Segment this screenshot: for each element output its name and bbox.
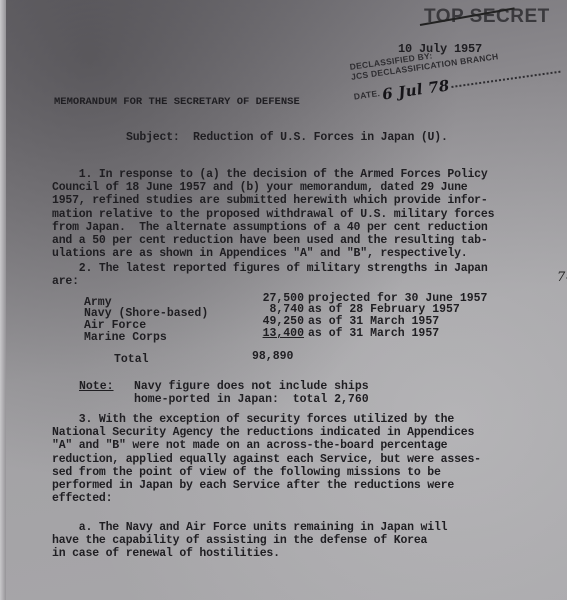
paragraph-line: are: <box>52 275 488 288</box>
paragraph-line: from Japan. The alternate assumptions of… <box>52 221 494 234</box>
paragraph-line: a. The Navy and Air Force units remainin… <box>52 521 447 534</box>
paragraph-line: National Security Agency the reductions … <box>52 426 481 439</box>
paragraph-2: 2. The latest reported figures of milita… <box>52 262 488 288</box>
subject-line: Subject: Reduction of U.S. Forces in Jap… <box>126 131 448 144</box>
paragraph-line: performed in Japan by each Service after… <box>52 479 481 492</box>
handwritten-margin-mark: 7# <box>557 270 567 285</box>
paragraph-1: 1. In response to (a) the decision of th… <box>52 168 494 260</box>
paragraph-line: 2. The latest reported figures of milita… <box>52 262 488 275</box>
classification-marking: TOP SECRET <box>424 6 550 28</box>
paragraph-line: effected: <box>52 492 481 505</box>
paragraph-line: 1957, refined studies are submitted here… <box>52 194 494 207</box>
paragraph-line: have the capability of assisting in the … <box>52 534 447 547</box>
subject-text: Reduction of U.S. Forces in Japan (U). <box>193 131 448 144</box>
paragraph-line: ulations are as shown in Appendices "A" … <box>52 247 494 260</box>
total-value: 98,890 <box>252 350 293 363</box>
strength-service: Marine Corps <box>84 331 167 344</box>
subparagraph-a: a. The Navy and Air Force units remainin… <box>52 521 447 561</box>
paragraph-line: 1. In response to (a) the decision of th… <box>52 168 494 181</box>
subject-label: Subject: <box>126 131 180 144</box>
note-line: home-ported in Japan: total 2,760 <box>134 393 369 406</box>
strength-value: 13,400 <box>252 327 304 340</box>
paragraph-3: 3. With the exception of security forces… <box>52 413 481 505</box>
paragraph-line: "A" and "B" were not made on an across-t… <box>52 439 481 452</box>
paragraph-line: and a 50 per cent reduction have been us… <box>52 234 494 247</box>
note-label: Note: <box>79 380 114 393</box>
handwritten-date: 6 Jul 78 <box>382 80 451 99</box>
strength-date-note: as of 31 March 1957 <box>308 327 439 340</box>
paragraph-line: mation relative to the proposed withdraw… <box>52 208 494 221</box>
total-label: Total <box>114 353 149 366</box>
paragraph-line: in case of renewal of hostilities. <box>52 547 447 560</box>
stamp-date-label: DATE. <box>353 88 381 102</box>
paragraph-line: 3. With the exception of security forces… <box>52 413 481 426</box>
note-line: Navy figure does not include ships <box>134 380 369 393</box>
memo-addressee: MEMORANDUM FOR THE SECRETARY OF DEFENSE <box>54 96 300 108</box>
paragraph-line: reduction, applied equally against each … <box>52 453 481 466</box>
note-text: Navy figure does not include shipshome-p… <box>134 380 369 406</box>
paragraph-line: sed from the point of view of the follow… <box>52 466 481 479</box>
paragraph-line: Council of 18 June 1957 and (b) your mem… <box>52 181 494 194</box>
document-page: TOP SECRET 10 July 1957 DECLASSIFIED BY:… <box>6 0 567 600</box>
